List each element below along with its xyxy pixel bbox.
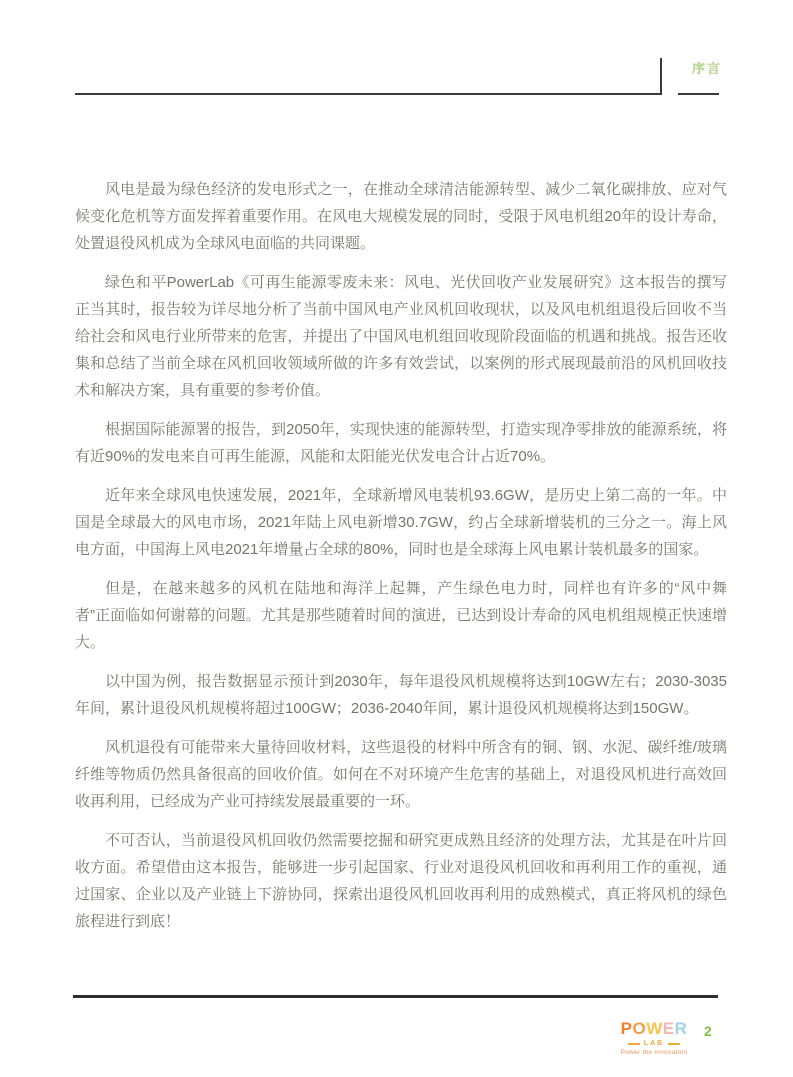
logo-lab-text: LAB: [644, 1040, 664, 1047]
paragraph: 风电是最为绿色经济的发电形式之一，在推动全球清洁能源转型、减少二氧化碳排放、应对…: [75, 176, 727, 257]
header-rule-short: [678, 93, 719, 95]
body-content: 风电是最为绿色经济的发电形式之一，在推动全球清洁能源转型、减少二氧化碳排放、应对…: [75, 176, 727, 947]
page-number: 2: [704, 1023, 712, 1039]
logo-dash-left: [628, 1043, 640, 1045]
paragraph: 近年来全球风电快速发展，2021年，全球新增风电装机93.6GW，是历史上第二高…: [75, 482, 727, 563]
logo-letter: P: [621, 1020, 633, 1037]
paragraph: 绿色和平PowerLab《可再生能源零废未来：风电、光伏回收产业发展研究》这本报…: [75, 269, 727, 404]
document-page: 序言 风电是最为绿色经济的发电形式之一，在推动全球清洁能源转型、减少二氧化碳排放…: [0, 0, 793, 1077]
header-rule-main: [75, 93, 661, 95]
powerlab-logo: P O W E R LAB Power the innovators: [616, 1020, 692, 1057]
logo-letter: W: [646, 1020, 663, 1037]
logo-tagline: Power the innovators: [616, 1050, 692, 1057]
paragraph: 风机退役有可能带来大量待回收材料，这些退役的材料中所含有的铜、钢、水泥、碳纤维/…: [75, 734, 727, 815]
logo-letter: R: [675, 1020, 688, 1037]
section-label: 序言: [692, 58, 722, 77]
paragraph: 不可否认，当前退役风机回收仍然需要挖掘和研究更成熟且经济的处理方法，尤其是在叶片…: [75, 827, 727, 935]
paragraph: 但是，在越来越多的风机在陆地和海洋上起舞，产生绿色电力时，同样也有许多的“风中舞…: [75, 575, 727, 656]
logo-dash-right: [668, 1043, 680, 1045]
header-rule-vertical: [660, 58, 662, 95]
powerlab-logo-word: P O W E R: [616, 1020, 692, 1037]
paragraph: 根据国际能源署的报告，到2050年，实现快速的能源转型，打造实现净零排放的能源系…: [75, 416, 727, 470]
logo-letter: E: [663, 1020, 675, 1037]
logo-letter: O: [632, 1020, 646, 1037]
footer-rule: [73, 995, 718, 998]
powerlab-logo-lab-row: LAB: [616, 1040, 692, 1047]
paragraph: 以中国为例，报告数据显示预计到2030年，每年退役风机规模将达到10GW左右；2…: [75, 668, 727, 722]
